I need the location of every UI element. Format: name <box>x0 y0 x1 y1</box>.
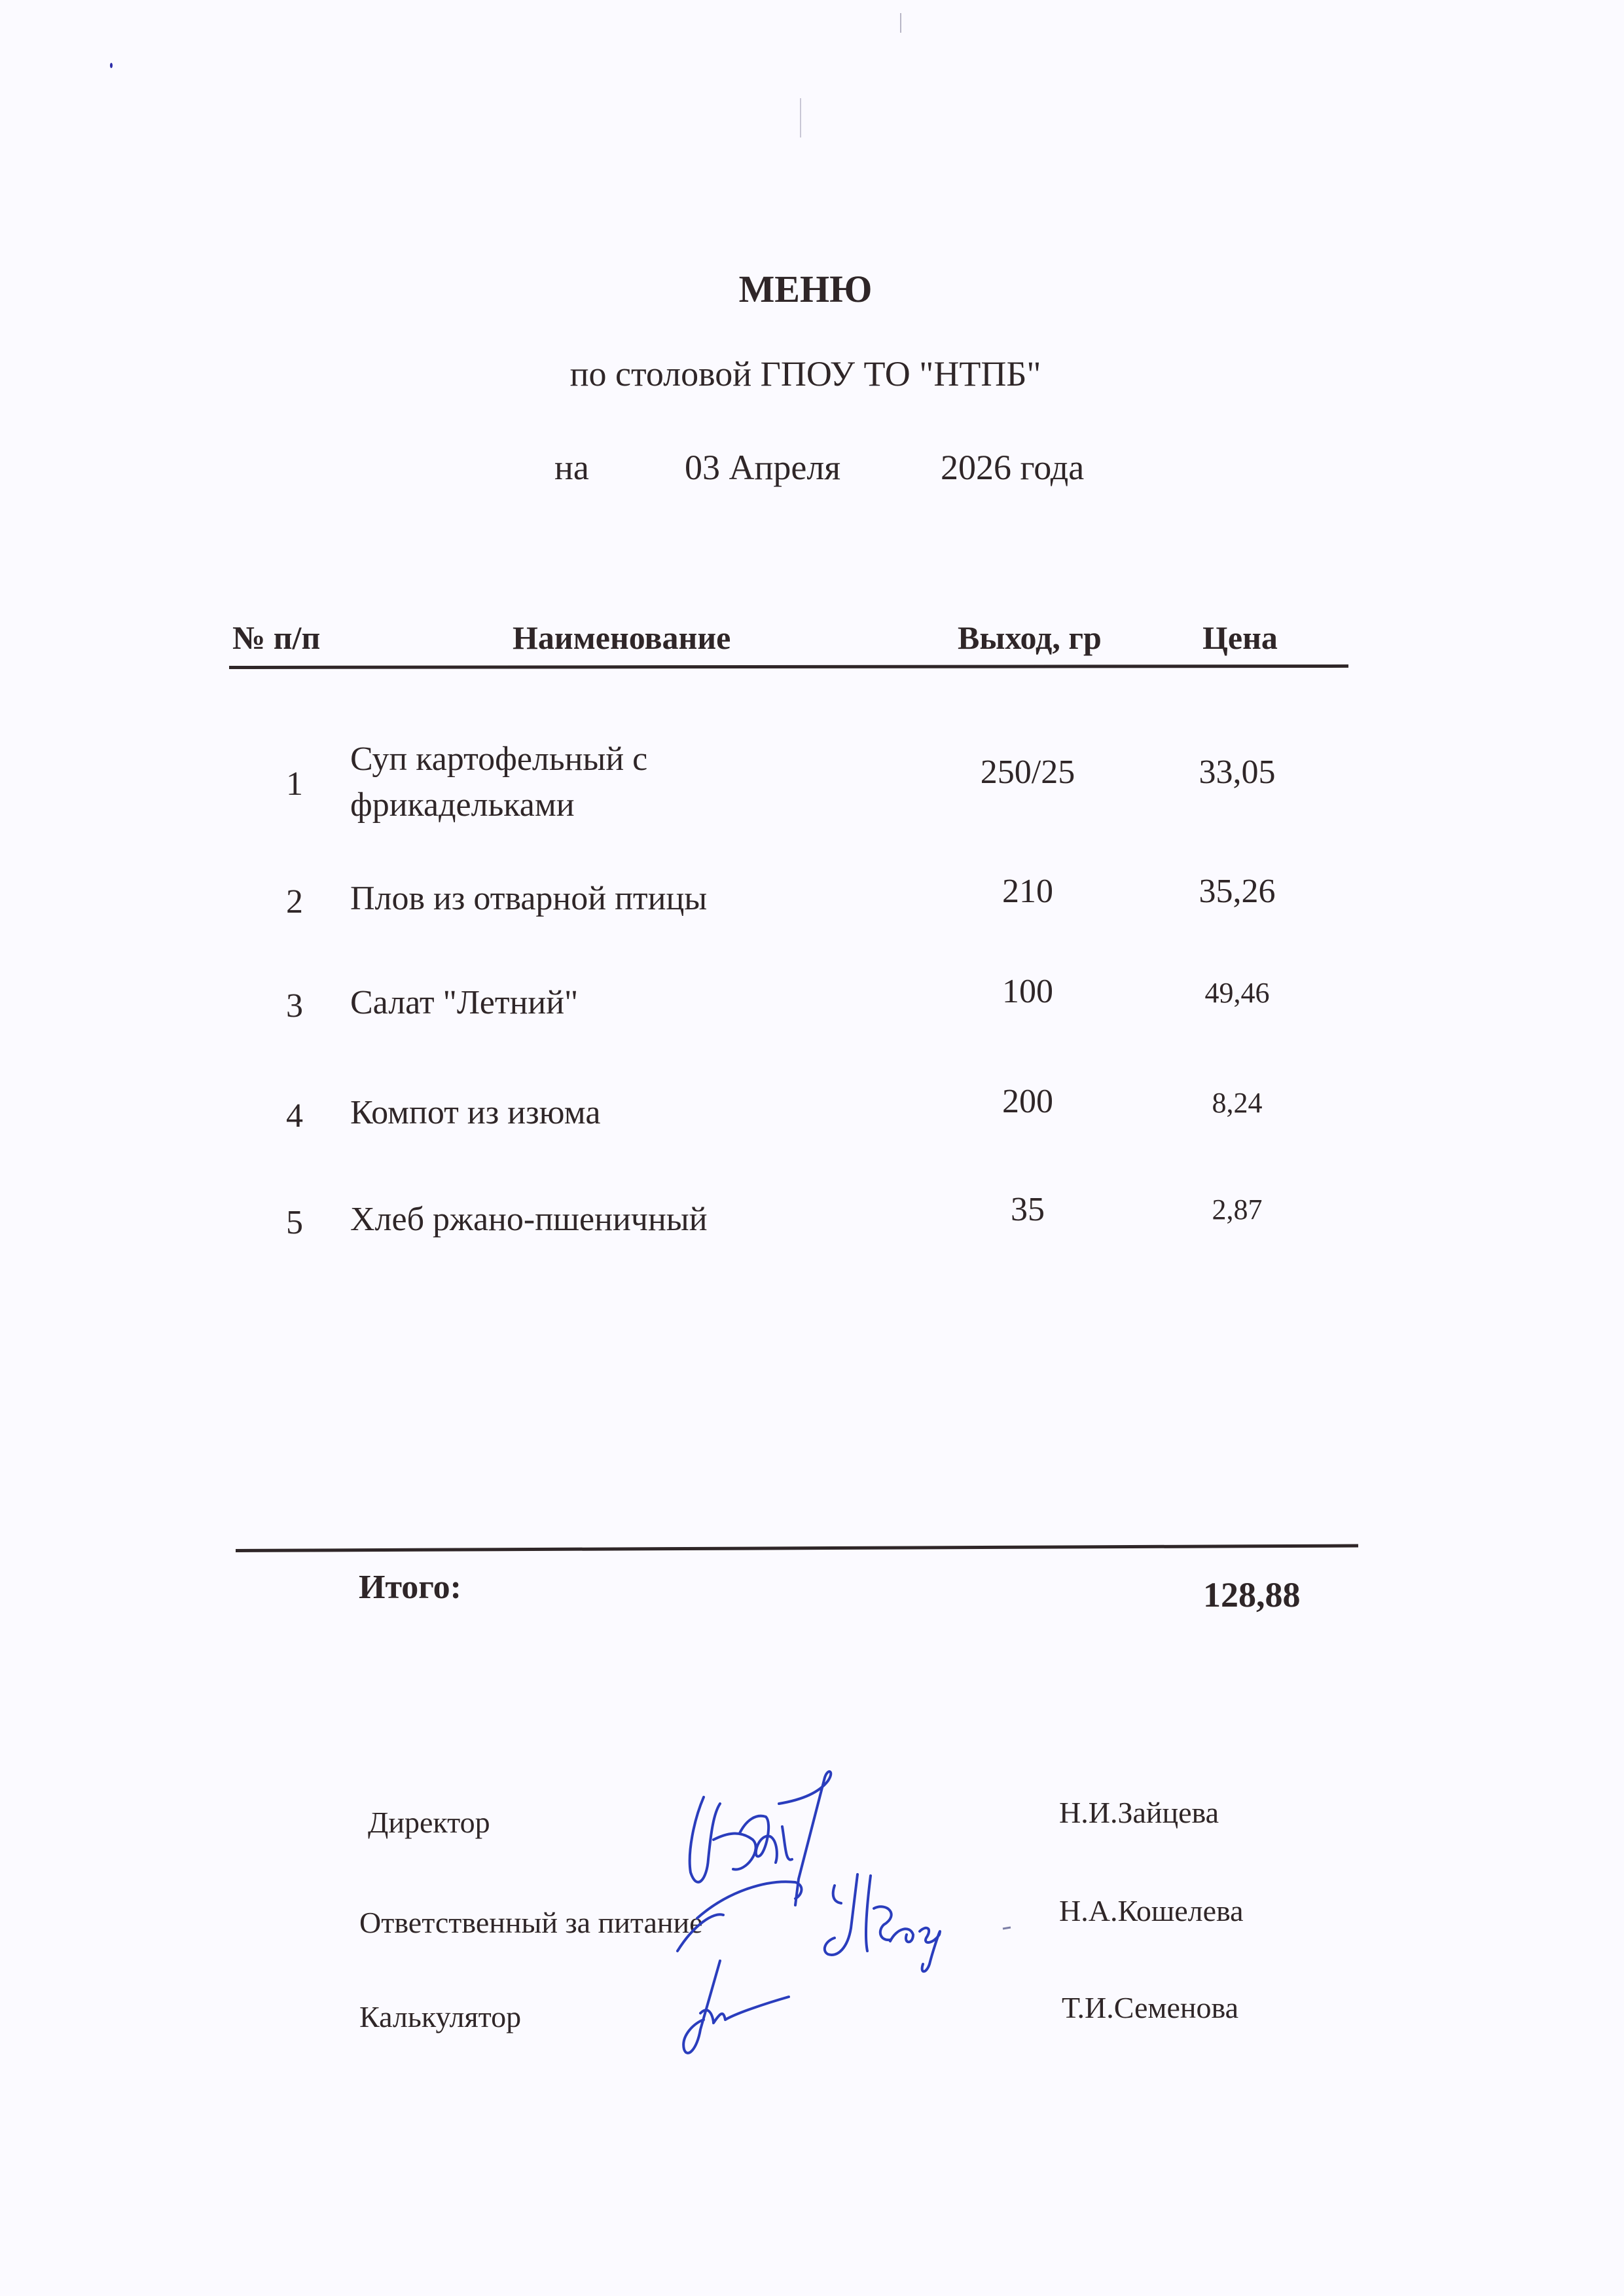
signatory-name-nutrition: Н.А.Кошелева <box>1059 1893 1244 1928</box>
row-name: Компот из изюма <box>350 1090 808 1136</box>
signatory-role-director: Директор <box>368 1805 490 1840</box>
signatory-role-nutrition: Ответственный за питание <box>359 1905 703 1940</box>
document-subtitle: по столовой ГПОУ ТО "НТПБ" <box>0 354 1617 394</box>
column-header-name: Наименование <box>513 619 731 657</box>
total-divider <box>236 1544 1358 1552</box>
row-number: 5 <box>275 1203 314 1242</box>
row-number: 1 <box>275 765 314 803</box>
signatory-name-director: Н.И.Зайцева <box>1059 1795 1219 1830</box>
row-yield: 100 <box>969 972 1087 1011</box>
date-day-month: 03 Апреля <box>685 447 840 488</box>
row-price: 49,46 <box>1165 976 1309 1010</box>
row-price: 33,05 <box>1165 753 1309 792</box>
signatory-role-calculator: Калькулятор <box>359 1999 521 2034</box>
row-name: Плов из отварной птицы <box>350 876 808 922</box>
row-yield: 35 <box>969 1190 1087 1229</box>
calculator-signature-icon <box>674 1958 805 2062</box>
row-yield: 200 <box>969 1082 1087 1121</box>
dash-mark-icon <box>1001 1925 1015 1931</box>
signatory-name-calculator: Т.И.Семенова <box>1062 1990 1238 2025</box>
row-number: 4 <box>275 1097 314 1135</box>
row-name: Салат "Летний" <box>350 980 808 1026</box>
column-header-price: Цена <box>1202 619 1278 657</box>
row-number: 2 <box>275 883 314 921</box>
date-year: 2026 года <box>941 447 1084 488</box>
row-price: 2,87 <box>1165 1193 1309 1226</box>
nutrition-signature-icon <box>815 1869 985 1987</box>
scan-speck <box>900 13 901 33</box>
scan-speck <box>110 63 113 68</box>
column-header-number: № п/п <box>232 619 320 657</box>
row-number: 3 <box>275 987 314 1025</box>
row-yield: 250/25 <box>969 753 1087 792</box>
row-price: 35,26 <box>1165 872 1309 911</box>
total-value: 128,88 <box>1203 1575 1301 1615</box>
row-name: Хлеб ржано-пшеничный <box>350 1197 808 1243</box>
document-title: МЕНЮ <box>0 267 1617 311</box>
total-label: Итого: <box>359 1568 461 1607</box>
scan-speck <box>800 98 801 137</box>
row-yield: 210 <box>969 872 1087 911</box>
row-name: Суп картофельный с фрикадельками <box>350 737 743 828</box>
header-divider <box>229 665 1348 669</box>
row-price: 8,24 <box>1165 1086 1309 1120</box>
date-prefix: на <box>554 447 589 488</box>
column-header-yield: Выход, гр <box>958 619 1102 657</box>
